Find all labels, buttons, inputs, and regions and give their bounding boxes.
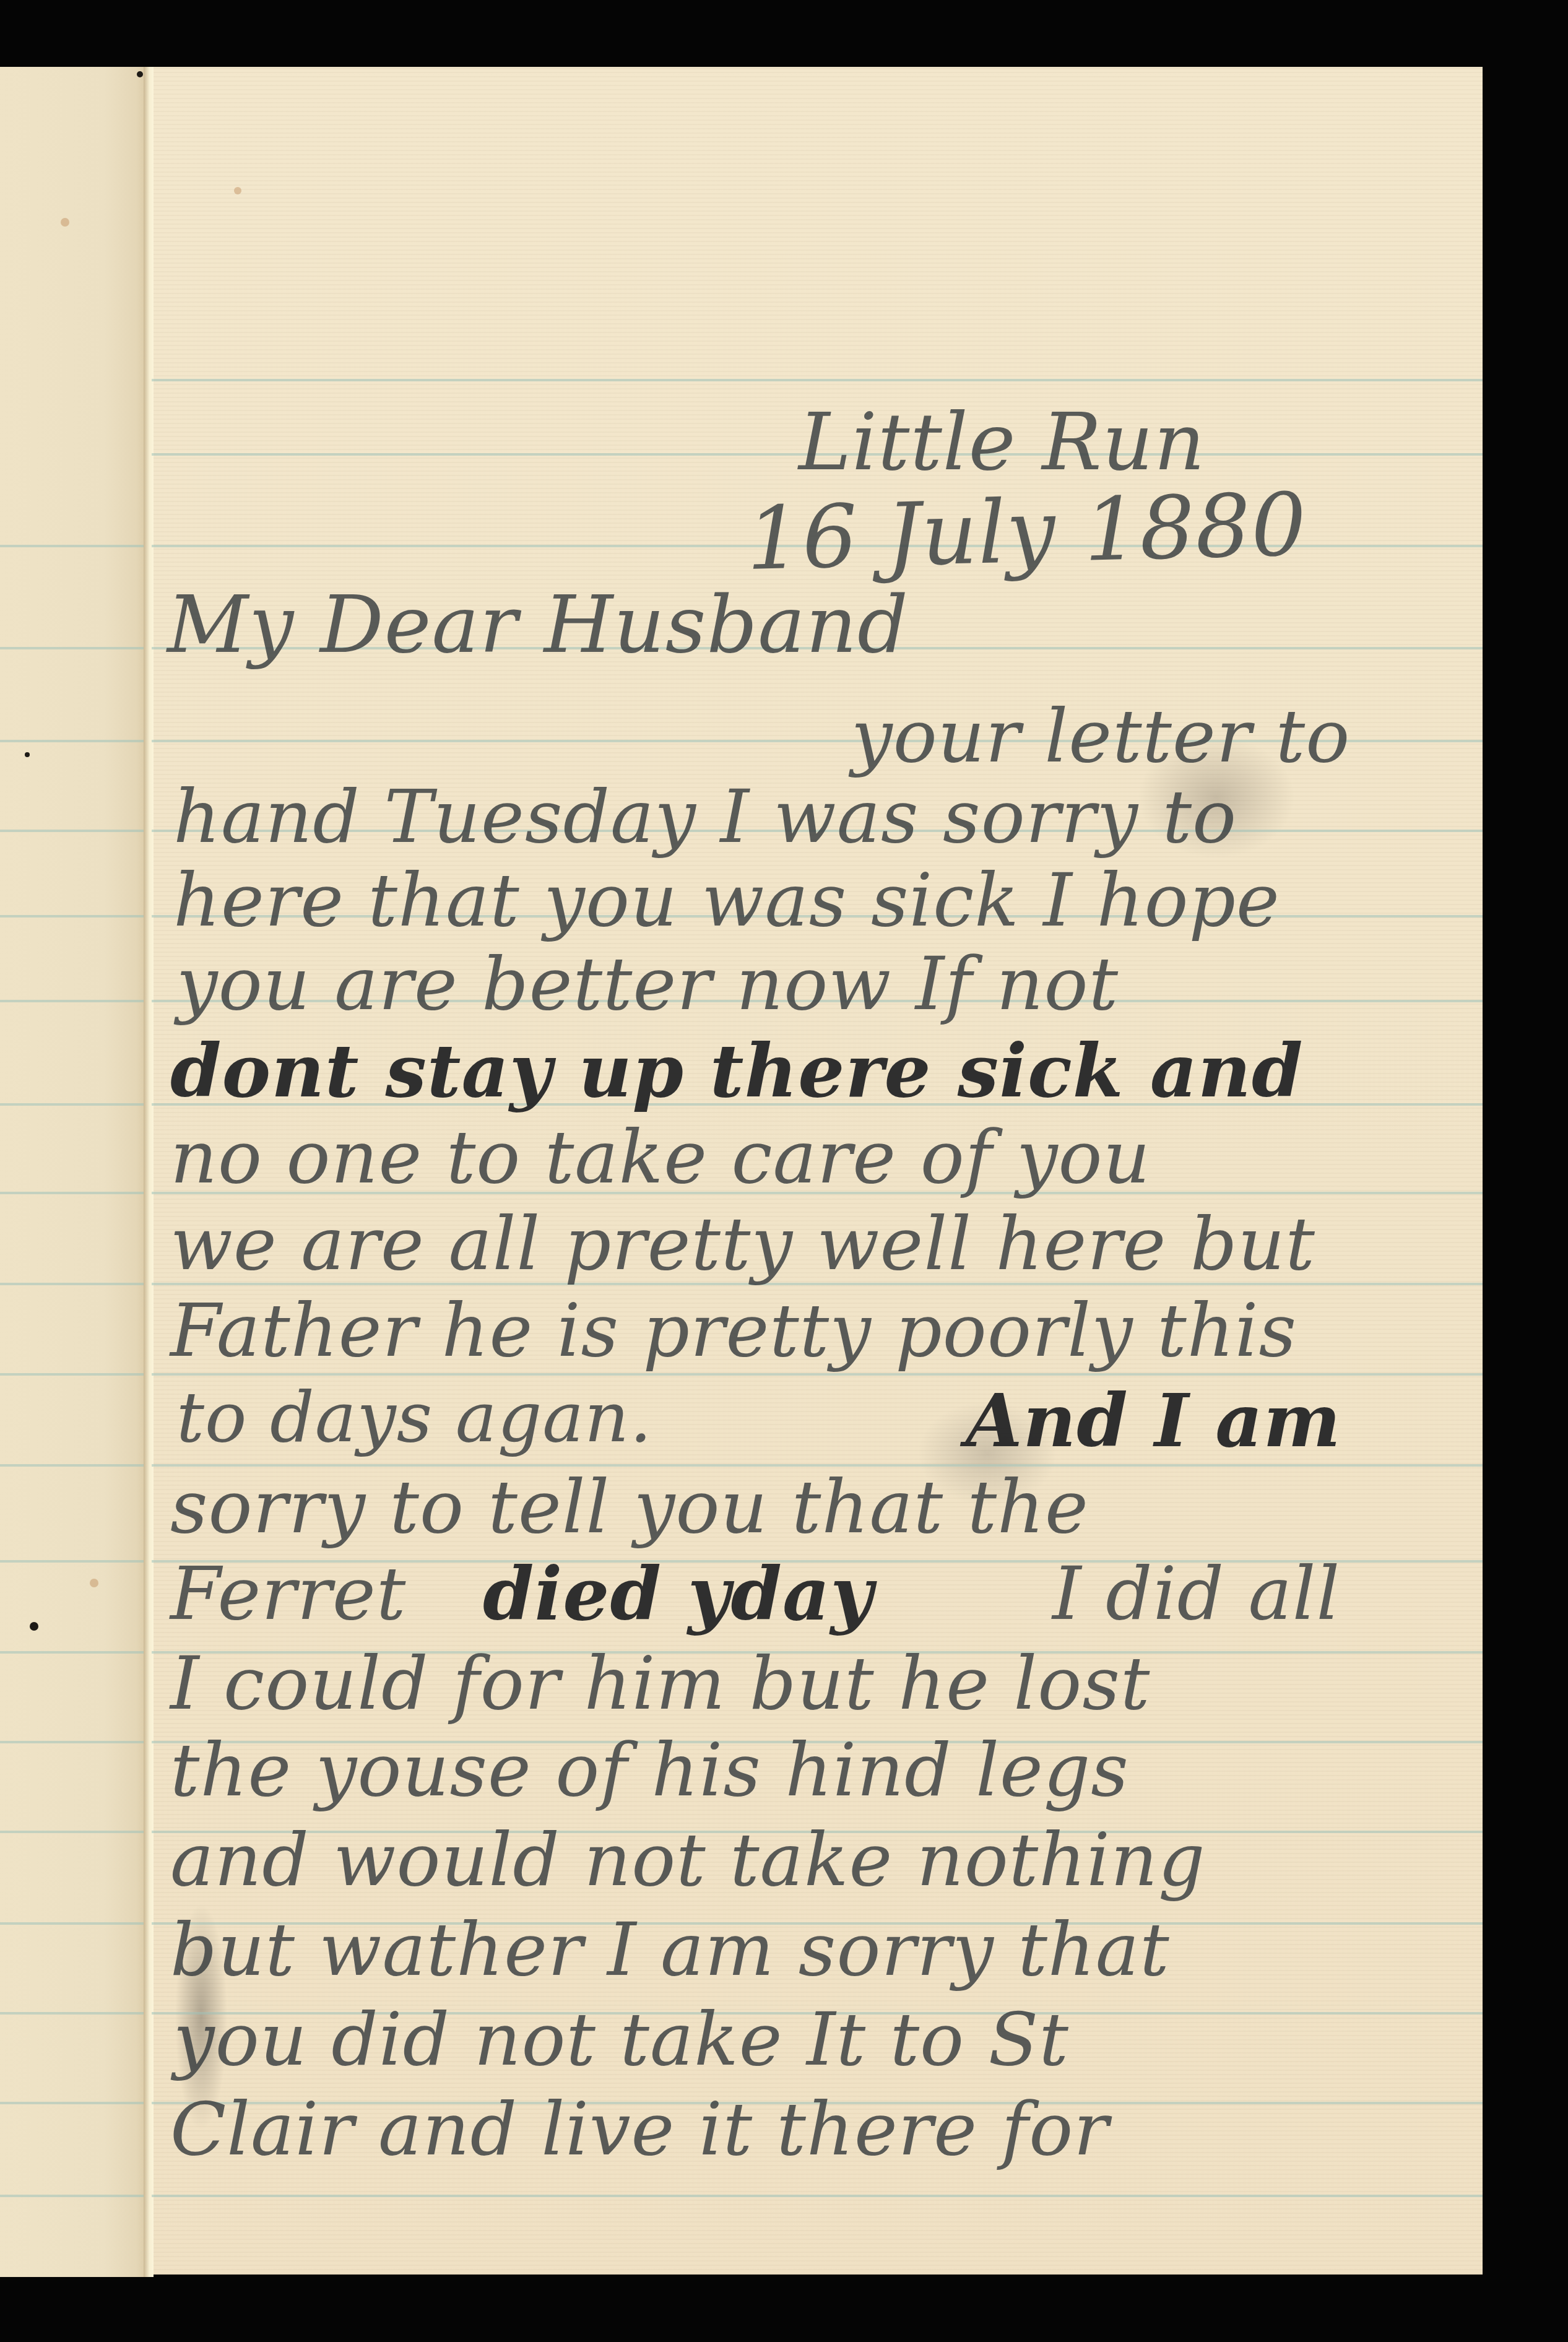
ruled-line (152, 379, 1483, 381)
letter-line: we are all pretty well here but (170, 1201, 1315, 1286)
letter-line: dont stay up there sick and (170, 1028, 1303, 1114)
letter-line: Father he is pretty poorly this (170, 1288, 1297, 1373)
ruled-line-left (0, 1000, 144, 1002)
ruled-line-left (0, 1283, 144, 1285)
letter-line: I could for him but he lost (170, 1641, 1150, 1726)
facing-page-strip (0, 67, 149, 2277)
ruled-line-left (0, 740, 144, 742)
letter-line: you did not take It to St (173, 1997, 1069, 2082)
letter-line-died-yday: died yday (483, 1551, 873, 1637)
letter-line: to days agan. (176, 1377, 652, 1458)
foxing-spot (61, 218, 69, 227)
ruled-line-left (0, 1373, 144, 1376)
ruled-line-left (0, 2195, 144, 2197)
ruled-line-left (0, 647, 144, 649)
letter-place: Little Run (799, 396, 1205, 488)
letter-line: sorry to tell you that the (170, 1464, 1089, 1550)
letter-line: Clair and live it there for (170, 2086, 1109, 2172)
letter-line-and-i-am: And I am (966, 1377, 1341, 1464)
ruled-line-left (0, 1103, 144, 1106)
ruled-line-left (0, 1831, 144, 1833)
letter-line: Ferret (170, 1551, 406, 1636)
ruled-line-left (0, 2102, 144, 2104)
ruled-line (152, 1373, 1483, 1376)
ruled-line-left (0, 1464, 144, 1467)
ruled-line-left (0, 1560, 144, 1563)
ink-dot (30, 1622, 38, 1631)
ruled-line (152, 2195, 1483, 2197)
ruled-line-left (0, 1651, 144, 1654)
letter-line: but wather I am sorry that (170, 1907, 1170, 1992)
letter-line: the youse of his hind legs (170, 1727, 1129, 1813)
ruled-line-left (0, 2012, 144, 2015)
letter-line-i-did-all: I did all (1052, 1551, 1340, 1636)
letter-line: no one to take care of you (170, 1114, 1151, 1200)
ruled-line-left (0, 1192, 144, 1194)
foxing-spot (234, 187, 241, 194)
letter-line: here that you was sick I hope (173, 857, 1280, 943)
ink-dot (25, 752, 30, 757)
letter-line: your letter to (851, 693, 1350, 779)
letter-line: hand Tuesday I was sorry to (173, 774, 1237, 859)
ruled-line-left (0, 1741, 144, 1743)
foxing-spot (90, 1579, 98, 1587)
ruled-line-left (0, 915, 144, 917)
ink-dot (137, 71, 143, 77)
letter-salutation: My Dear Husband (167, 579, 909, 671)
letter-date: 16 July 1880 (745, 474, 1309, 590)
ruled-line-left (0, 830, 144, 832)
page-fold (144, 67, 154, 2277)
letter-line: and would not take nothing (170, 1817, 1206, 1902)
ruled-line-left (0, 1922, 144, 1925)
ruled-line-left (0, 545, 144, 547)
letter-line: you are better now If not (176, 941, 1119, 1026)
